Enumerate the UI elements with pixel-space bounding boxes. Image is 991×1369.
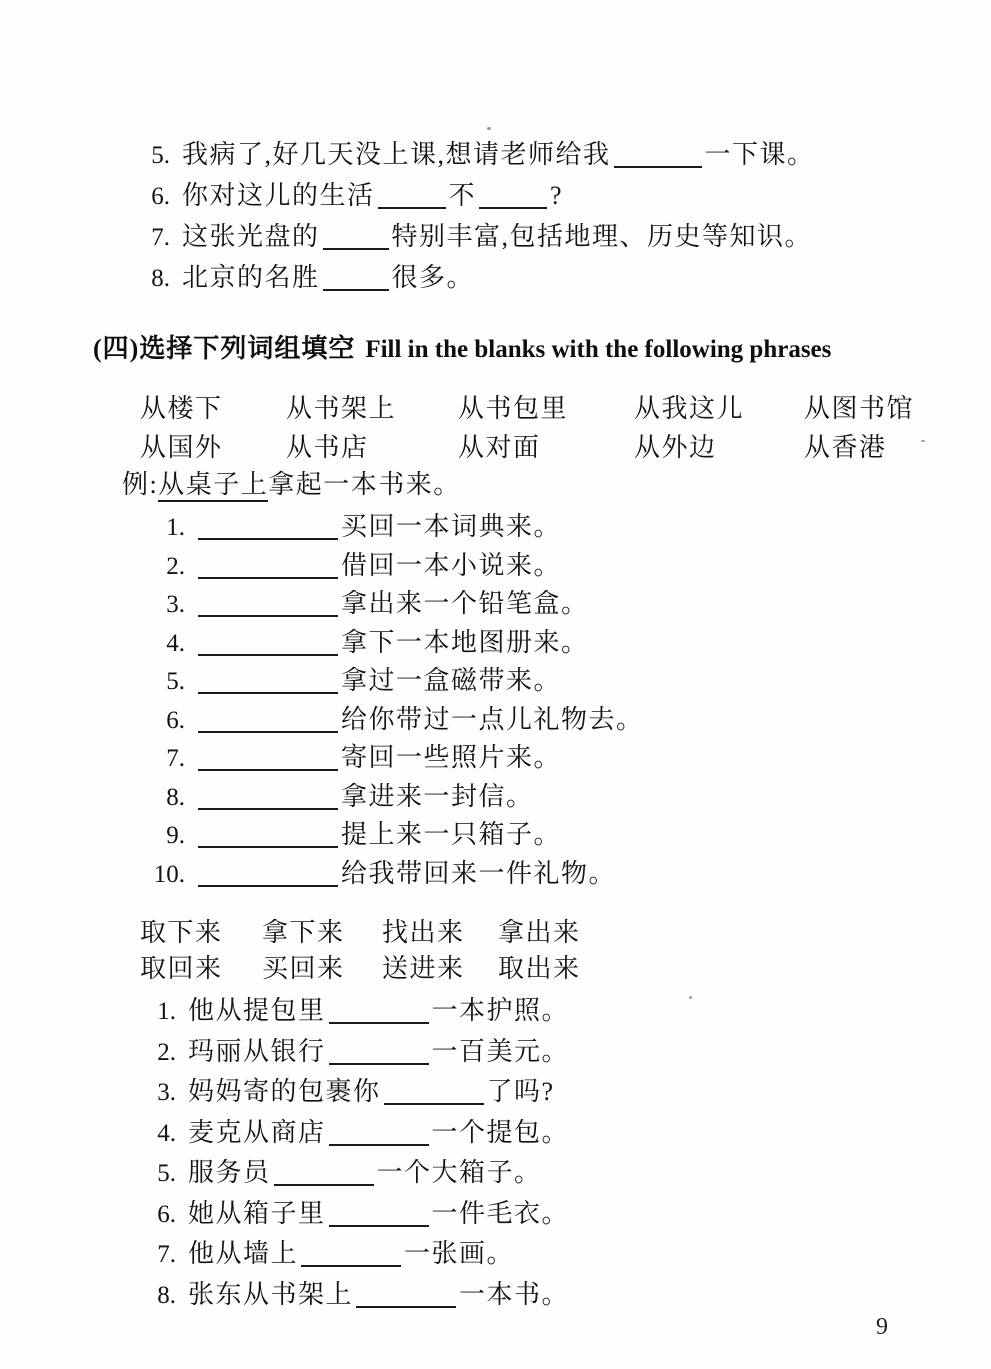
answer-blank (329, 1225, 429, 1227)
answer-blank (614, 166, 702, 168)
answer-blank (378, 207, 446, 209)
word-bank-phrase: 从图书馆 (804, 388, 914, 427)
answer-blank (198, 654, 338, 656)
item-text: 我病了,好几天没上课,想请老师给我 (182, 134, 611, 171)
exercise-item: 8.拿进来一封信。 (143, 776, 644, 815)
item-text: 一百美元。 (432, 1031, 570, 1068)
item-text: 不 (449, 175, 477, 212)
word-bank-phrase: 买回来 (262, 948, 382, 985)
item-text: 拿进来一封信。 (341, 776, 534, 813)
item-text: 一个提包。 (432, 1112, 570, 1149)
answer-blank (323, 248, 389, 250)
word-bank-phrase: 拿出来 (498, 912, 581, 949)
word-bank-phrase: 找出来 (382, 912, 498, 949)
item-number: 5. (138, 142, 170, 170)
word-bank-phrase: 从书店 (286, 427, 458, 466)
answer-blank (323, 289, 389, 291)
word-bank-phrase: 从对面 (458, 427, 634, 466)
item-number: 9. (143, 822, 185, 850)
item-text: 一本书。 (459, 1274, 569, 1311)
scan-speck (921, 440, 925, 442)
word-bank-phrase: 拿下来 (262, 912, 382, 949)
item-text: 给我带回来一件礼物。 (341, 853, 616, 890)
exercise-item: 7.他从墙上一张画。 (140, 1233, 569, 1274)
item-text: 寄回一些照片来。 (341, 737, 561, 774)
exercise-item: 10.给我带回来一件礼物。 (143, 853, 644, 892)
item-text: 拿出来一个铅笔盒。 (341, 583, 589, 620)
item-text: 一张画。 (404, 1233, 514, 1270)
word-bank-phrase: 取出来 (498, 948, 581, 985)
scanned-workbook-page: 5.我病了,好几天没上课,想请老师给我一下课。6.你对这儿的生活不?7.这张光盘… (0, 0, 991, 1369)
word-bank-phrase: 从外边 (634, 427, 804, 466)
item-number: 2. (140, 1039, 176, 1067)
exercise-item: 4.麦克从商店一个提包。 (140, 1112, 569, 1153)
item-number: 8. (143, 784, 185, 812)
item-number: 7. (138, 224, 170, 252)
exercise-item: 9.提上来一只箱子。 (143, 814, 644, 853)
example-underlined-phrase: 从桌子上 (158, 470, 268, 502)
word-bank-row: 从国外从书店从对面从外边从香港 (140, 427, 914, 466)
item-text: 麦克从商店 (188, 1112, 326, 1149)
exercise-item: 6.你对这儿的生活不? (138, 175, 815, 216)
item-text: ? (550, 181, 563, 211)
item-number: 7. (143, 745, 185, 773)
item-text: 提上来一只箱子。 (341, 814, 561, 851)
answer-blank (198, 808, 338, 810)
example-rest: 拿起一本书来。 (268, 470, 461, 499)
item-number: 4. (143, 630, 185, 658)
section-heading: (四)选择下列词组填空Fill in the blanks with the f… (93, 328, 831, 365)
item-text: 这张光盘的 (182, 216, 320, 253)
answer-blank (301, 1265, 401, 1267)
exercise-item: 8.北京的名胜很多。 (138, 257, 815, 298)
item-number: 10. (143, 861, 185, 889)
section-heading-english: Fill in the blanks with the following ph… (365, 336, 831, 363)
exercise-item: 5.我病了,好几天没上课,想请老师给我一下课。 (138, 134, 815, 175)
exercise-item: 7.寄回一些照片来。 (143, 737, 644, 776)
word-bank-phrase: 从书包里 (458, 388, 634, 427)
previous-exercise-items: 5.我病了,好几天没上课,想请老师给我一下课。6.你对这儿的生活不?7.这张光盘… (138, 134, 815, 298)
exercise-item: 6.给你带过一点儿礼物去。 (143, 699, 644, 738)
item-text: 特别丰富,包括地理、历史等知识。 (392, 216, 813, 253)
exercise-items-blank-first: 1.买回一本词典来。2.借回一本小说来。3.拿出来一个铅笔盒。4.拿下一本地图册… (143, 506, 644, 891)
example-label: 例: (122, 470, 158, 499)
word-bank-phrase: 从我这儿 (634, 388, 804, 427)
answer-blank (329, 1063, 429, 1065)
exercise-item: 2.借回一本小说来。 (143, 545, 644, 584)
word-bank-phrase: 送进来 (382, 948, 498, 985)
word-bank-row: 取回来买回来送进来取出来 (140, 948, 581, 984)
answer-blank (198, 846, 338, 848)
exercise-item: 8.张东从书架上一本书。 (140, 1274, 569, 1315)
exercise-items-verb-complements: 1.他从提包里一本护照。2.玛丽从银行一百美元。3.妈妈寄的包裹你了吗?4.麦克… (140, 990, 569, 1314)
example-sentence: 例:从桌子上拿起一本书来。 (122, 464, 461, 501)
item-text: 给你带过一点儿礼物去。 (341, 699, 644, 736)
answer-blank (198, 731, 338, 733)
word-bank-verb-complements: 取下来拿下来找出来拿出来取回来买回来送进来取出来 (140, 912, 581, 984)
answer-blank (329, 1144, 429, 1146)
answer-blank (384, 1103, 484, 1105)
answer-blank (198, 615, 338, 617)
answer-blank (198, 885, 338, 887)
item-number: 3. (140, 1079, 176, 1107)
item-number: 1. (140, 998, 176, 1026)
exercise-item: 6.她从箱子里一件毛衣。 (140, 1193, 569, 1234)
word-bank-phrase: 从书架上 (286, 388, 458, 427)
item-number: 6. (138, 183, 170, 211)
word-bank-phrase: 从香港 (804, 427, 914, 466)
item-number: 1. (143, 514, 185, 542)
answer-blank (198, 538, 338, 540)
page-number: 9 (876, 1314, 888, 1341)
item-text: 一本护照。 (432, 990, 570, 1027)
item-text: 玛丽从银行 (188, 1031, 326, 1068)
item-text: 妈妈寄的包裹你 (188, 1071, 381, 1108)
answer-blank (198, 769, 338, 771)
item-number: 8. (140, 1282, 176, 1310)
answer-blank (274, 1184, 374, 1186)
item-text: 张东从书架上 (188, 1274, 353, 1311)
item-number: 5. (143, 668, 185, 696)
item-text: 借回一本小说来。 (341, 545, 561, 582)
exercise-item: 1.他从提包里一本护照。 (140, 990, 569, 1031)
exercise-item: 3.妈妈寄的包裹你了吗? (140, 1071, 569, 1112)
item-number: 3. (143, 591, 185, 619)
answer-blank (479, 207, 547, 209)
item-text: 她从箱子里 (188, 1193, 326, 1230)
item-number: 6. (140, 1201, 176, 1229)
item-text: 一件毛衣。 (432, 1193, 570, 1230)
scan-speck (487, 127, 491, 130)
item-number: 8. (138, 265, 170, 293)
item-text: 服务员 (188, 1152, 271, 1189)
exercise-item: 5.服务员一个大箱子。 (140, 1152, 569, 1193)
answer-blank (356, 1306, 456, 1308)
item-text: 了吗? (487, 1071, 555, 1108)
section-heading-chinese: (四)选择下列词组填空 (93, 334, 355, 363)
word-bank-phrase: 取下来 (140, 912, 262, 949)
item-text: 拿下一本地图册来。 (341, 622, 589, 659)
answer-blank (329, 1022, 429, 1024)
word-bank-phrase: 取回来 (140, 948, 262, 985)
item-text: 拿过一盒磁带来。 (341, 660, 561, 697)
item-text: 北京的名胜 (182, 257, 320, 294)
scan-speck (689, 996, 692, 999)
exercise-item: 2.玛丽从银行一百美元。 (140, 1031, 569, 1072)
word-bank-phrase: 从楼下 (140, 388, 286, 427)
word-bank-phrases: 从楼下从书架上从书包里从我这儿从图书馆从国外从书店从对面从外边从香港 (140, 388, 914, 466)
item-number: 2. (143, 553, 185, 581)
exercise-item: 5.拿过一盒磁带来。 (143, 660, 644, 699)
item-text: 很多。 (392, 257, 475, 294)
item-text: 他从提包里 (188, 990, 326, 1027)
exercise-item: 3.拿出来一个铅笔盒。 (143, 583, 644, 622)
exercise-item: 7.这张光盘的特别丰富,包括地理、历史等知识。 (138, 216, 815, 257)
item-number: 4. (140, 1120, 176, 1148)
answer-blank (198, 577, 338, 579)
item-number: 5. (140, 1160, 176, 1188)
item-text: 他从墙上 (188, 1233, 298, 1270)
word-bank-row: 取下来拿下来找出来拿出来 (140, 912, 581, 948)
item-number: 7. (140, 1241, 176, 1269)
answer-blank (198, 692, 338, 694)
word-bank-phrase: 从国外 (140, 427, 286, 466)
item-text: 一下课。 (705, 134, 815, 171)
item-text: 你对这儿的生活 (182, 175, 375, 212)
item-text: 一个大箱子。 (377, 1152, 542, 1189)
exercise-item: 1.买回一本词典来。 (143, 506, 644, 545)
exercise-item: 4.拿下一本地图册来。 (143, 622, 644, 661)
word-bank-row: 从楼下从书架上从书包里从我这儿从图书馆 (140, 388, 914, 427)
item-text: 买回一本词典来。 (341, 506, 561, 543)
item-number: 6. (143, 707, 185, 735)
